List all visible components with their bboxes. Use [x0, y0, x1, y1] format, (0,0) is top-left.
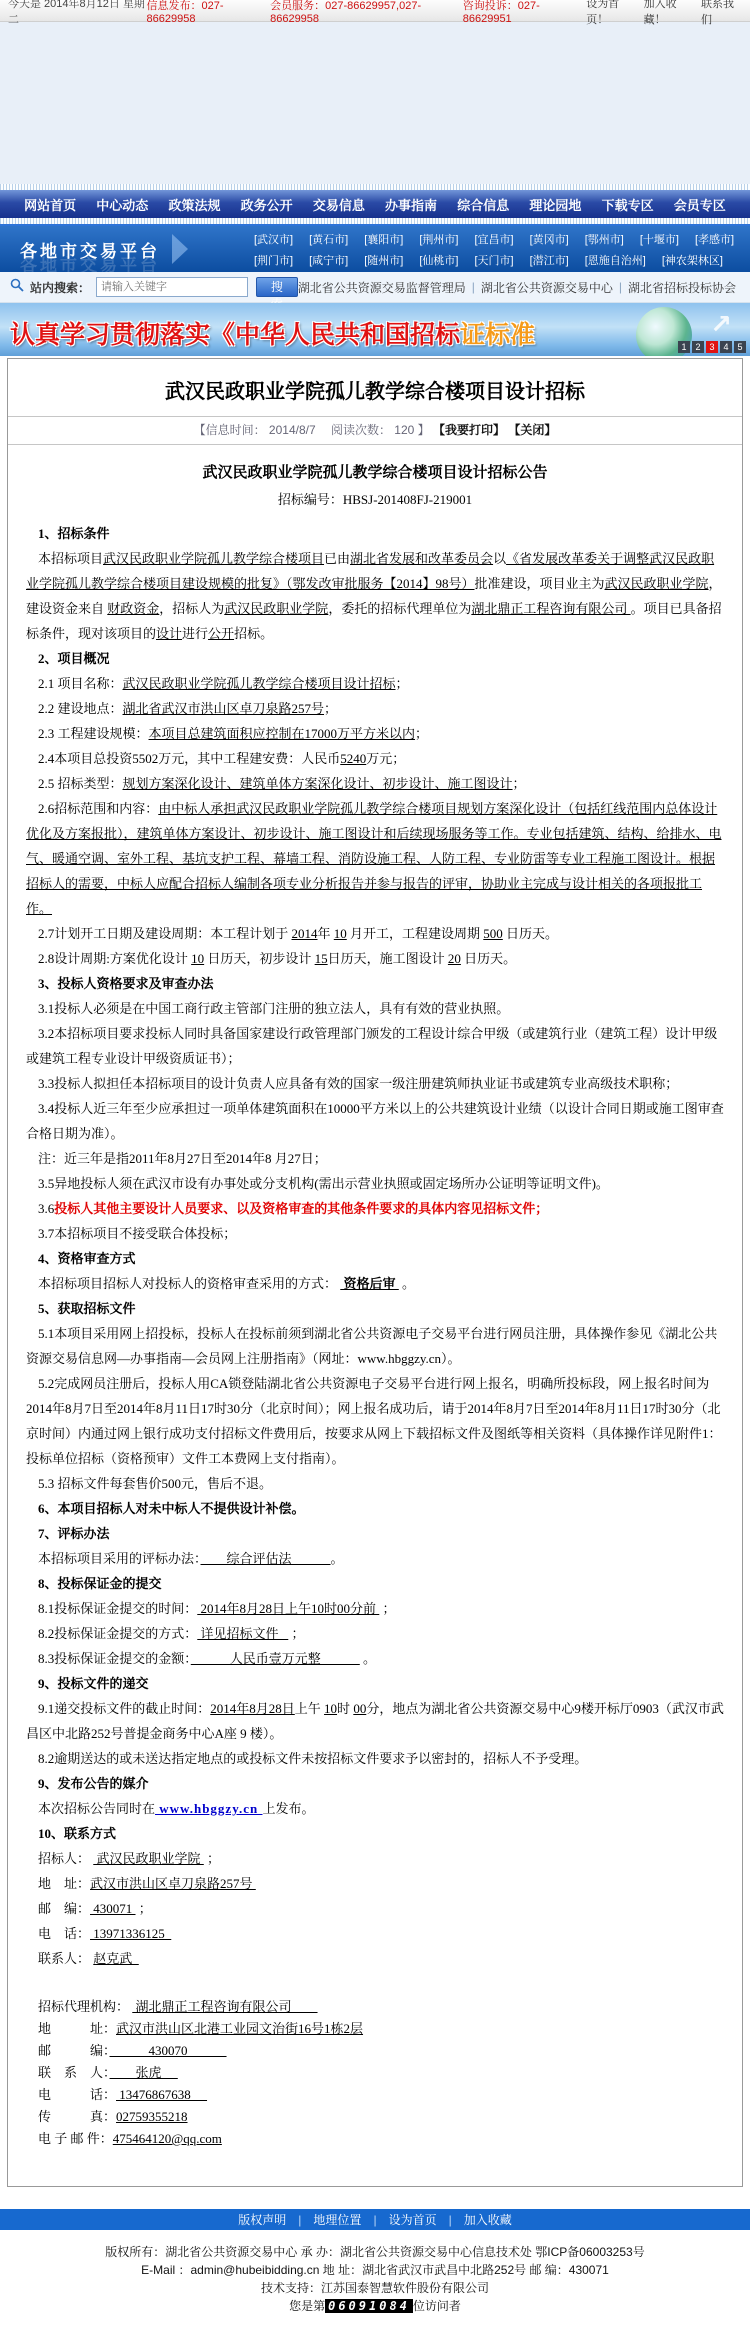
banner-pagination: 12345	[678, 341, 746, 353]
text-segment: 日历天，初步设计	[204, 951, 315, 966]
paragraph: 本招标项目招标人对投标人的资格审查采用的方式： 资格后审 。	[26, 1271, 724, 1296]
footer-nav-link[interactable]: 设为首页	[389, 2211, 437, 2228]
section-heading: 8、投标保证金的提交	[26, 1571, 724, 1596]
search-bar: 站内搜索： 搜索 湖北省公共资源交易监督管理局|湖北省公共资源交易中心|湖北省招…	[0, 272, 750, 303]
text-segment: 3.6	[38, 1201, 54, 1216]
text-segment: 2.2 建设地点：	[38, 701, 123, 716]
announcement-link[interactable]: www.hbggzy.cn	[155, 1801, 262, 1816]
text-segment: 5240	[340, 751, 366, 766]
section-heading: 10、联系方式	[26, 1821, 724, 1846]
text-segment: ；	[379, 1601, 395, 1616]
visitor-suffix: 位访问者	[413, 2299, 461, 2313]
text-segment: 本项目总建筑面积应控制在17000万平方米以内	[149, 726, 416, 741]
text-segment: 传 真：	[38, 2109, 116, 2124]
paragraph: 5.2完成网员注册后，投标人用CA锁登陆湖北省公共资源电子交易平台进行网上报名，…	[26, 1371, 724, 1471]
nav-item[interactable]: 办事指南	[385, 195, 437, 214]
text-segment: ；	[136, 1901, 152, 1916]
text-segment: 月开工，工程建设周期	[347, 926, 484, 941]
paragraph: 2.5 招标类型：规划方案深化设计、建筑单体方案深化设计、初步设计、施工图设计；	[26, 771, 724, 796]
text-segment: 5、获取招标文件	[38, 1301, 136, 1316]
text-segment: 6、本项目招标人对未中标人不提供设计补偿。	[38, 1501, 305, 1516]
set-home-link[interactable]: 设为首页！	[586, 0, 637, 27]
visitor-line: 您是第06091084位访问者	[0, 2297, 750, 2315]
text-segment: 湖北鼎正工程咨询有限公司	[471, 601, 630, 616]
tender-code: 招标编号：HBSJ-201408FJ-219001	[26, 487, 724, 513]
paragraph: 邮 编： 430070	[26, 2040, 724, 2062]
text-segment: 2.8设计周期:方案优化设计	[38, 951, 191, 966]
text-segment: 武汉民政职业学院	[93, 1851, 204, 1866]
text-segment: 综合评估法	[201, 1551, 331, 1566]
banner-slogan-orange: 证标准	[460, 321, 535, 349]
text-segment: 2.6招标范围和内容：	[38, 801, 158, 816]
paragraph	[26, 1971, 724, 1996]
section-heading: 9、发布公告的媒介	[26, 1771, 724, 1796]
paragraph: 2.3 工程建设规模：本项目总建筑面积应控制在17000万平方米以内；	[26, 721, 724, 746]
text-segment: 本招标项目	[38, 551, 103, 566]
city-links-row-1: [武汉市][黄石市][襄阳市][荆州市][宜昌市][黄冈市][鄂州市][十堰市]…	[254, 231, 750, 247]
text-segment: ；	[396, 676, 409, 691]
section-heading: 1、招标条件	[26, 521, 724, 546]
text-segment: 详见招标文件	[197, 1626, 288, 1641]
text-segment: ，委托的招标代理单位为	[328, 601, 471, 616]
paragraph: 6、本项目招标人对未中标人不提供设计补偿。	[26, 1496, 724, 1521]
text-segment: 地 址：	[38, 2021, 116, 2036]
text-segment: 年	[318, 926, 334, 941]
city-link[interactable]: [恩施自治州]	[585, 252, 646, 268]
separator: |	[449, 2213, 452, 2227]
paragraph: 2.2 建设地点：湖北省武汉市洪山区卓刀泉路257号；	[26, 696, 724, 721]
text-segment: 2014年8月28日上午10时00分前	[197, 1601, 379, 1616]
top-bar: 今天是 2014年8月12日 星期二 信息发布：027-86629958 会员服…	[0, 0, 750, 22]
text-segment: 2、项目概况	[38, 651, 110, 666]
city-link[interactable]: [荆门市]	[254, 252, 293, 268]
banner-page-dot[interactable]: 1	[678, 341, 690, 353]
text-segment: 投标人其他主要设计人员要求、以及资格审查的其他条件要求的具体内容见招标文件；	[54, 1201, 548, 1216]
paragraph: 8.1投标保证金提交的时间： 2014年8月28日上午10时00分前 ；	[26, 1596, 724, 1621]
announcement-body: 武汉民政职业学院孤儿教学综合楼项目设计招标公告 招标编号：HBSJ-201408…	[8, 445, 742, 2186]
text-segment: 财政资金	[107, 601, 159, 616]
text-segment: 430070	[110, 2043, 227, 2058]
text-segment: 。	[331, 1551, 344, 1566]
text-segment: 武汉民政职业学院孤儿教学综合楼项目设计招标	[123, 676, 396, 691]
add-favorite-link[interactable]: 加入收藏！	[644, 0, 695, 27]
text-segment: ；	[415, 726, 428, 741]
text-segment: 20	[448, 951, 461, 966]
section-heading: 9、投标文件的递交	[26, 1671, 724, 1696]
text-segment: 2.5 招标类型：	[38, 776, 123, 791]
text-segment: 日历天。	[461, 951, 516, 966]
text-segment: 2014年8月28日	[210, 1701, 295, 1716]
text-segment: 电 子 邮 件：	[38, 2131, 113, 2146]
city-link[interactable]: [十堰市]	[640, 231, 679, 247]
paragraph: 3.6投标人其他主要设计人员要求、以及资格审查的其他条件要求的具体内容见招标文件…	[26, 1196, 724, 1221]
paragraph: 联 系 人： 张虎	[26, 2062, 724, 2084]
text-segment: 湖北鼎正工程咨询有限公司	[132, 1999, 317, 2014]
article-meta-info: 【信息时间： 2014/8/7 阅读次数： 120 】	[194, 423, 430, 437]
section-heading: 5、获取招标文件	[26, 1296, 724, 1321]
text-segment: 。	[399, 1276, 415, 1291]
paragraph: 2.8设计周期:方案优化设计 10 日历天，初步设计 15日历天，施工图设计 2…	[26, 946, 724, 971]
paragraph: 2.6招标范围和内容：由中标人承担武汉民政职业学院孤儿教学综合楼项目规划方案深化…	[26, 796, 724, 921]
text-segment: ；	[324, 701, 337, 716]
text-segment: 3.4投标人近三年至少应承担过一项单体建筑面积在10000平方米以上的公共建筑设…	[26, 1101, 724, 1141]
nav-item[interactable]: 政务公开	[241, 195, 293, 214]
search-input[interactable]	[96, 277, 248, 297]
paragraph: 5.3 招标文件每套售价500元，售后不退。	[26, 1471, 724, 1496]
paragraph: 8.2投标保证金提交的方式： 详见招标文件 ；	[26, 1621, 724, 1646]
nav-item[interactable]: 会员专区	[674, 195, 726, 214]
city-link[interactable]: [黄冈市]	[530, 231, 569, 247]
text-segment: 2.7计划开工日期及建设周期：本工程计划于	[38, 926, 292, 941]
org-links: 湖北省公共资源交易监督管理局|湖北省公共资源交易中心|湖北省招标投标协会	[298, 279, 742, 296]
nav-item[interactable]: 综合信息	[457, 195, 509, 214]
email-address-line: E-Mail ：admin@hubeibidding.cn 地 址：湖北省武汉市…	[0, 2261, 750, 2279]
paragraph: 2.7计划开工日期及建设周期：本工程计划于 2014年 10 月开工，工程建设周…	[26, 921, 724, 946]
text-segment: 3.5异地投标人须在武汉市设有办事处或分支机构(需出示营业执照或固定场所办公证明…	[38, 1176, 609, 1191]
text-segment: 本次招标公告同时在	[38, 1801, 155, 1816]
section-heading: 4、资格审查方式	[26, 1246, 724, 1271]
text-segment: 8.1投标保证金提交的时间：	[38, 1601, 197, 1616]
text-segment: 注：近三年是指2011年8月27日至2014年8 月27日；	[38, 1151, 327, 1166]
paragraph: 本招标项目武汉民政职业学院孤儿教学综合楼项目已由湖北省发展和改革委员会以《省发展…	[26, 546, 724, 646]
text-segment: 13971336125	[90, 1926, 171, 1941]
text-segment: 公开	[208, 626, 234, 641]
text-segment: 13476867638	[116, 2087, 207, 2102]
text-segment: 设计	[156, 626, 182, 641]
org-link[interactable]: 湖北省公共资源交易监督管理局	[298, 279, 466, 296]
text-segment: 批准建设，项目业主为	[475, 576, 605, 591]
text-segment: 邮 编：	[38, 1901, 90, 1916]
text-segment: 武汉民政职业学院	[605, 576, 709, 591]
paragraph: 5.1本项目采用网上招投标，投标人在投标前须到湖北省公共资源电子交易平台进行网员…	[26, 1321, 724, 1371]
banner-slogan-red: 认真学习贯彻落实《中华人民共和国招标	[10, 321, 460, 349]
text-segment: 4、资格审查方式	[38, 1251, 136, 1266]
section-heading: 2、项目概况	[26, 646, 724, 671]
arrow-up-graphic: ↗	[710, 309, 732, 340]
text-segment: ，招标人为	[159, 601, 224, 616]
text-segment: 招标人：	[38, 1851, 93, 1866]
text-segment: 2014	[292, 926, 318, 941]
text-segment: 日历天。	[503, 926, 558, 941]
section-heading: 3、投标人资格要求及审查办法	[26, 971, 724, 996]
paragraph: 电 话： 13971336125	[26, 1921, 724, 1946]
close-button[interactable]: 【关闭】	[508, 423, 556, 437]
city-links-row-2: [荆门市][咸宁市][随州市][仙桃市][天门市][潜江市][恩施自治州][神农…	[254, 252, 750, 268]
text-segment: 2.1 项目名称：	[38, 676, 123, 691]
text-segment: 以	[493, 551, 506, 566]
text-segment: 武汉民政职业学院	[224, 601, 328, 616]
text-segment: 张虎	[110, 2065, 178, 2080]
text-segment: 10	[334, 926, 347, 941]
text-segment: ；	[288, 1626, 304, 1641]
city-link[interactable]: [潜江市]	[530, 252, 569, 268]
chevron-right-icon	[172, 234, 188, 264]
text-segment: 人民币壹万元整	[191, 1651, 360, 1666]
paragraph: 传 真：02759355218	[26, 2106, 724, 2128]
visitor-counter: 06091084	[325, 2299, 413, 2313]
text-segment: 规划方案深化设计、建筑单体方案深化设计、初步设计、施工图设计	[123, 776, 513, 791]
separator: |	[472, 280, 475, 294]
text-segment: 邮 编：	[38, 2043, 110, 2058]
paragraph: 9.1递交投标文件的截止时间：2014年8月28日上午 10时 00分，地点为湖…	[26, 1696, 724, 1746]
city-link[interactable]: [襄阳市]	[364, 231, 403, 247]
text-segment: 8.2逾期送达的或未送达指定地点的或投标文件未按招标文件要求予以密封的，招标人不…	[38, 1751, 587, 1766]
text-segment: 万元；	[366, 751, 405, 766]
text-segment: 由中标人承担武汉民政职业学院孤儿教学综合楼项目规划方案深化设计（包括红线范围内总…	[26, 801, 722, 916]
print-button[interactable]: 【我要打印】	[433, 423, 505, 437]
search-label: 站内搜索：	[30, 279, 90, 296]
city-link[interactable]: [天门市]	[475, 252, 514, 268]
text-segment: 8.2投标保证金提交的方式：	[38, 1626, 197, 1641]
article-meta: 【信息时间： 2014/8/7 阅读次数： 120 】 【我要打印】 【关闭】	[8, 416, 742, 445]
text-segment: 10	[191, 951, 204, 966]
text-segment: ；	[204, 1851, 220, 1866]
text-segment: 时	[337, 1701, 353, 1716]
content-box: 武汉民政职业学院孤儿教学综合楼项目设计招标 【信息时间： 2014/8/7 阅读…	[7, 358, 743, 2187]
text-segment: 联系人：	[38, 1951, 93, 1966]
text-segment: 武汉市洪山区北港工业园文治街16号1栋2层	[116, 2021, 363, 2036]
text-segment: 电 话：	[38, 1926, 90, 1941]
text-segment: 已由	[324, 551, 350, 566]
city-link[interactable]: [随州市]	[364, 252, 403, 268]
text-segment: 日历天，施工图设计	[328, 951, 448, 966]
text-segment: 赵克武	[93, 1951, 139, 1966]
text-segment: 本招标项目招标人对投标人的资格审查采用的方式：	[38, 1276, 340, 1291]
city-platform-title: 各地市交易平台	[20, 237, 160, 262]
text-segment: 招标代理机构：	[38, 1999, 132, 2014]
city-link[interactable]: [黄石市]	[309, 231, 348, 247]
text-segment: ；	[513, 776, 526, 791]
city-link[interactable]: [荆州市]	[419, 231, 458, 247]
nav-item[interactable]: 政策法规	[168, 195, 220, 214]
footer-nav-link[interactable]: 地理位置	[313, 2211, 361, 2228]
page-title: 武汉民政职业学院孤儿教学综合楼项目设计招标	[8, 359, 742, 416]
paragraph: 邮 编： 430071 ；	[26, 1896, 724, 1921]
text-segment: 。	[360, 1651, 376, 1666]
paragraph: 2.4本项目总投资5502万元，其中工程建安费：人民币5240万元；	[26, 746, 724, 771]
org-link[interactable]: 湖北省招标投标协会	[628, 279, 736, 296]
current-date: 今天是 2014年8月12日 星期二	[8, 0, 147, 27]
header-banner-area	[0, 22, 750, 184]
visitor-prefix: 您是第	[289, 2299, 325, 2313]
city-link[interactable]: [仙桃市]	[419, 252, 458, 268]
text-segment: 3.3投标人拟担任本招标项目的设计负责人应具备有效的国家一级注册建筑师执业证书或…	[38, 1076, 678, 1091]
paragraph: 8.2逾期送达的或未送达指定地点的或投标文件未按招标文件要求予以密封的，招标人不…	[26, 1746, 724, 1771]
footer-info: 版权所有：湖北省公共资源交易中心 承 办：湖北省公共资源交易中心信息技术处 鄂I…	[0, 2230, 750, 2327]
city-link[interactable]: [神农架林区]	[662, 252, 723, 268]
paragraph: 地 址：武汉市洪山区卓刀泉路257号	[26, 1871, 724, 1896]
section-heading: 7、评标办法	[26, 1521, 724, 1546]
text-segment: 500	[483, 926, 503, 941]
text-segment: 资格后审	[340, 1276, 399, 1291]
contact-us-link[interactable]: 联系我们	[701, 0, 742, 27]
footer-nav: 版权声明|地理位置|设为首页|加入收藏	[0, 2209, 750, 2230]
announcement-heading: 武汉民政职业学院孤儿教学综合楼项目设计招标公告	[26, 459, 724, 487]
text-segment: 8、投标保证金的提交	[38, 1576, 162, 1591]
banner-page-dot[interactable]: 2	[692, 341, 704, 353]
search-button[interactable]: 搜索	[256, 277, 298, 297]
nav-item[interactable]: 中心动态	[96, 195, 148, 214]
text-segment: 9、发布公告的媒介	[38, 1776, 149, 1791]
city-link[interactable]: [孝感市]	[695, 231, 734, 247]
paragraph: 电 话： 13476867638	[26, 2084, 724, 2106]
text-segment: 7、评标办法	[38, 1526, 110, 1541]
paragraph: 8.3投标保证金提交的金额： 人民币壹万元整 。	[26, 1646, 724, 1671]
city-platform-bar: 各地市交易平台 [武汉市][黄石市][襄阳市][荆州市][宜昌市][黄冈市][鄂…	[0, 226, 750, 272]
text-segment: 3.1投标人必须是在中国工商行政主管部门注册的独立法人，具有有效的营业执照。	[38, 1001, 509, 1016]
footer-nav-link[interactable]: 版权声明	[238, 2211, 286, 2228]
paragraph: 3.1投标人必须是在中国工商行政主管部门注册的独立法人，具有有效的营业执照。	[26, 996, 724, 1021]
text-segment: 02759355218	[116, 2109, 188, 2124]
city-link[interactable]: [宜昌市]	[475, 231, 514, 247]
text-segment: 3.7本招标项目不接受联合体投标；	[38, 1226, 236, 1241]
text-segment: 1、招标条件	[38, 526, 110, 541]
text-segment: 3.2本招标项目要求投标人同时具备国家建设行政管理部门颁发的工程设计综合甲级（或…	[26, 1026, 717, 1066]
footer-gap	[0, 2187, 750, 2209]
text-segment: 5.2完成网员注册后，投标人用CA锁登陆湖北省公共资源电子交易平台进行网上报名，…	[26, 1376, 722, 1466]
banner-slogan: 认真学习贯彻落实《中华人民共和国招标证标准	[10, 315, 535, 351]
paragraph: 地 址：武汉市洪山区北港工业园文治街16号1栋2层	[26, 2018, 724, 2040]
text-segment: 9.1递交投标文件的截止时间：	[38, 1701, 210, 1716]
text-segment: 5.3 招标文件每套售价500元，售后不退。	[38, 1476, 272, 1491]
city-link[interactable]: [鄂州市]	[585, 231, 624, 247]
paragraph: 2.1 项目名称：武汉民政职业学院孤儿教学综合楼项目设计招标；	[26, 671, 724, 696]
text-segment: 湖北省武汉市洪山区卓刀泉路257号	[123, 701, 325, 716]
paragraph: 联系人： 赵克武	[26, 1946, 724, 1971]
text-segment: 武汉民政职业学院孤儿教学综合楼项目	[103, 551, 324, 566]
announcement-paragraphs: 1、招标条件本招标项目武汉民政职业学院孤儿教学综合楼项目已由湖北省发展和改革委员…	[26, 521, 724, 2150]
paragraph: 招标代理机构： 湖北鼎正工程咨询有限公司	[26, 1996, 724, 2018]
tech-support-line: 技术支持：江苏国泰智慧软件股份有限公司	[0, 2279, 750, 2297]
separator: |	[373, 2213, 376, 2227]
text-segment: 3、投标人资格要求及审查办法	[38, 976, 214, 991]
banner-image[interactable]: ↗ 认真学习贯彻落实《中华人民共和国招标证标准 12345	[0, 303, 750, 356]
main-nav: 网站首页中心动态政策法规政务公开交易信息办事指南综合信息理论园地下载专区会员专区	[0, 190, 750, 218]
text-segment: 2.3 工程建设规模：	[38, 726, 149, 741]
text-segment: 2.4本项目总投资5502万元，其中工程建安费：人民币	[38, 751, 340, 766]
paragraph: 本次招标公告同时在 www.hbggzy.cn 上发布。	[26, 1796, 724, 1821]
paragraph: 招标人： 武汉民政职业学院 ；	[26, 1846, 724, 1871]
text-segment: 430071	[90, 1901, 136, 1916]
paragraph: 3.3投标人拟担任本招标项目的设计负责人应具备有效的国家一级注册建筑师执业证书或…	[26, 1071, 724, 1096]
text-segment: 上午	[295, 1701, 324, 1716]
member-service-phone: 会员服务：027-86629957,027-86629958	[270, 0, 457, 25]
paragraph: 3.5异地投标人须在武汉市设有办事处或分支机构(需出示营业执照或固定场所办公证明…	[26, 1171, 724, 1196]
footer-nav-link[interactable]: 加入收藏	[464, 2211, 512, 2228]
text-segment: 10、联系方式	[38, 1826, 116, 1841]
text-segment: 武汉市洪山区卓刀泉路257号	[90, 1876, 256, 1891]
text-segment: 8.3投标保证金提交的金额：	[38, 1651, 191, 1666]
paragraph: 3.4投标人近三年至少应承担过一项单体建筑面积在10000平方米以上的公共建筑设…	[26, 1096, 724, 1146]
text-segment: 9、投标文件的递交	[38, 1676, 149, 1691]
org-link[interactable]: 湖北省公共资源交易中心	[481, 279, 613, 296]
paragraph: 3.2本招标项目要求投标人同时具备国家建设行政管理部门颁发的工程设计综合甲级（或…	[26, 1021, 724, 1071]
separator: |	[619, 280, 622, 294]
nav-item[interactable]: 理论园地	[529, 195, 581, 214]
paragraph: 3.7本招标项目不接受联合体投标；	[26, 1221, 724, 1246]
text-segment: 本招标项目采用的评标办法：	[38, 1551, 201, 1566]
paragraph: 电 子 邮 件：475464120@qq.com	[26, 2128, 724, 2150]
nav-item[interactable]: 下载专区	[602, 195, 654, 214]
text-segment: 湖北省发展和改革委员会	[350, 551, 493, 566]
city-link[interactable]: [武汉市]	[254, 231, 293, 247]
text-segment: 5.1本项目采用网上招投标，投标人在投标前须到湖北省公共资源电子交易平台进行网员…	[26, 1326, 717, 1366]
nav-item[interactable]: 网站首页	[24, 195, 76, 214]
city-link[interactable]: [咸宁市]	[309, 252, 348, 268]
banner-page-dot[interactable]: 4	[720, 341, 732, 353]
text-segment: 15	[315, 951, 328, 966]
text-segment: 475464120@qq.com	[113, 2131, 222, 2146]
text-segment: 10	[324, 1701, 337, 1716]
search-icon	[10, 278, 24, 297]
copyright-line: 版权所有：湖北省公共资源交易中心 承 办：湖北省公共资源交易中心信息技术处 鄂I…	[0, 2243, 750, 2261]
text-segment: 联 系 人：	[38, 2065, 110, 2080]
text-segment: 进行	[182, 626, 208, 641]
text-segment: 00	[353, 1701, 366, 1716]
banner-page-dot[interactable]: 5	[734, 341, 746, 353]
nav-item[interactable]: 交易信息	[313, 195, 365, 214]
text-segment: 招标。	[234, 626, 273, 641]
separator: |	[298, 2213, 301, 2227]
info-publish-phone: 信息发布：027-86629958	[147, 0, 265, 25]
banner-page-dot[interactable]: 3	[706, 341, 718, 353]
paragraph: 注：近三年是指2011年8月27日至2014年8 月27日；	[26, 1146, 724, 1171]
paragraph: 本招标项目采用的评标办法： 综合评估法 。	[26, 1546, 724, 1571]
text-segment: 电 话：	[38, 2087, 116, 2102]
consult-phone: 咨询投诉：027-86629951	[463, 0, 581, 25]
text-segment: 上发布。	[262, 1801, 314, 1816]
text-segment: 地 址：	[38, 1876, 90, 1891]
